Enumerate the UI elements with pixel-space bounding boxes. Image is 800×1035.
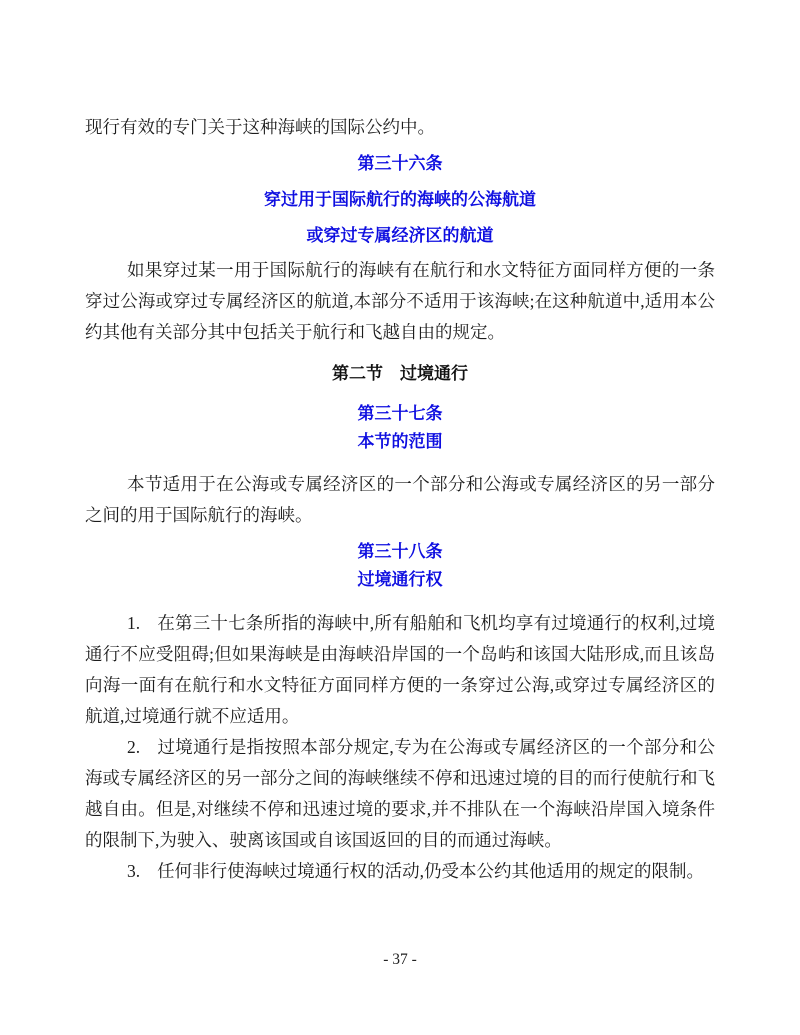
article-38-number: 第三十八条: [85, 538, 715, 566]
paragraph-number: 2.: [127, 737, 140, 757]
paragraph-text: 任何非行使海峡过境通行权的活动,仍受本公约其他适用的规定的限制。: [157, 861, 704, 881]
paragraph-text: 过境通行是指按照本部分规定,专为在公海或专属经济区的一个部分和公海或专属经济区的…: [85, 737, 715, 850]
article-37-title: 本节的范围: [85, 428, 715, 456]
article-37-number: 第三十七条: [85, 400, 715, 428]
article-38-paragraph-1: 1.在第三十七条所指的海峡中,所有船舶和飞机均享有过境通行的权利,过境通行不应受…: [85, 608, 715, 732]
section-2-heading: 第二节 过境通行: [85, 360, 715, 388]
document-page: 现行有效的专门关于这种海峡的国际公约中。 第三十六条 穿过用于国际航行的海峡的公…: [0, 0, 800, 1035]
paragraph-number: 3.: [127, 861, 140, 881]
article-38-paragraph-2: 2.过境通行是指按照本部分规定,专为在公海或专属经济区的一个部分和公海或专属经济…: [85, 732, 715, 856]
page-content: 现行有效的专门关于这种海峡的国际公约中。 第三十六条 穿过用于国际航行的海峡的公…: [85, 112, 715, 887]
article-38-paragraph-3: 3.任何非行使海峡过境通行权的活动,仍受本公约其他适用的规定的限制。: [85, 856, 715, 887]
article-36-body: 如果穿过某一用于国际航行的海峡有在航行和水文特征方面同样方便的一条穿过公海或穿过…: [85, 255, 715, 348]
article-36-title-line2: 或穿过专属经济区的航道: [85, 222, 715, 250]
article-37-body: 本节适用于在公海或专属经济区的一个部分和公海或专属经济区的另一部分之间的用于国际…: [85, 469, 715, 531]
paragraph-continuation: 现行有效的专门关于这种海峡的国际公约中。: [85, 112, 715, 143]
article-36-number: 第三十六条: [85, 150, 715, 178]
article-38-title: 过境通行权: [85, 566, 715, 594]
paragraph-text: 在第三十七条所指的海峡中,所有船舶和飞机均享有过境通行的权利,过境通行不应受阻碍…: [85, 613, 715, 726]
article-36-title-line1: 穿过用于国际航行的海峡的公海航道: [85, 186, 715, 214]
paragraph-number: 1.: [127, 613, 140, 633]
page-number: - 37 -: [0, 950, 800, 970]
